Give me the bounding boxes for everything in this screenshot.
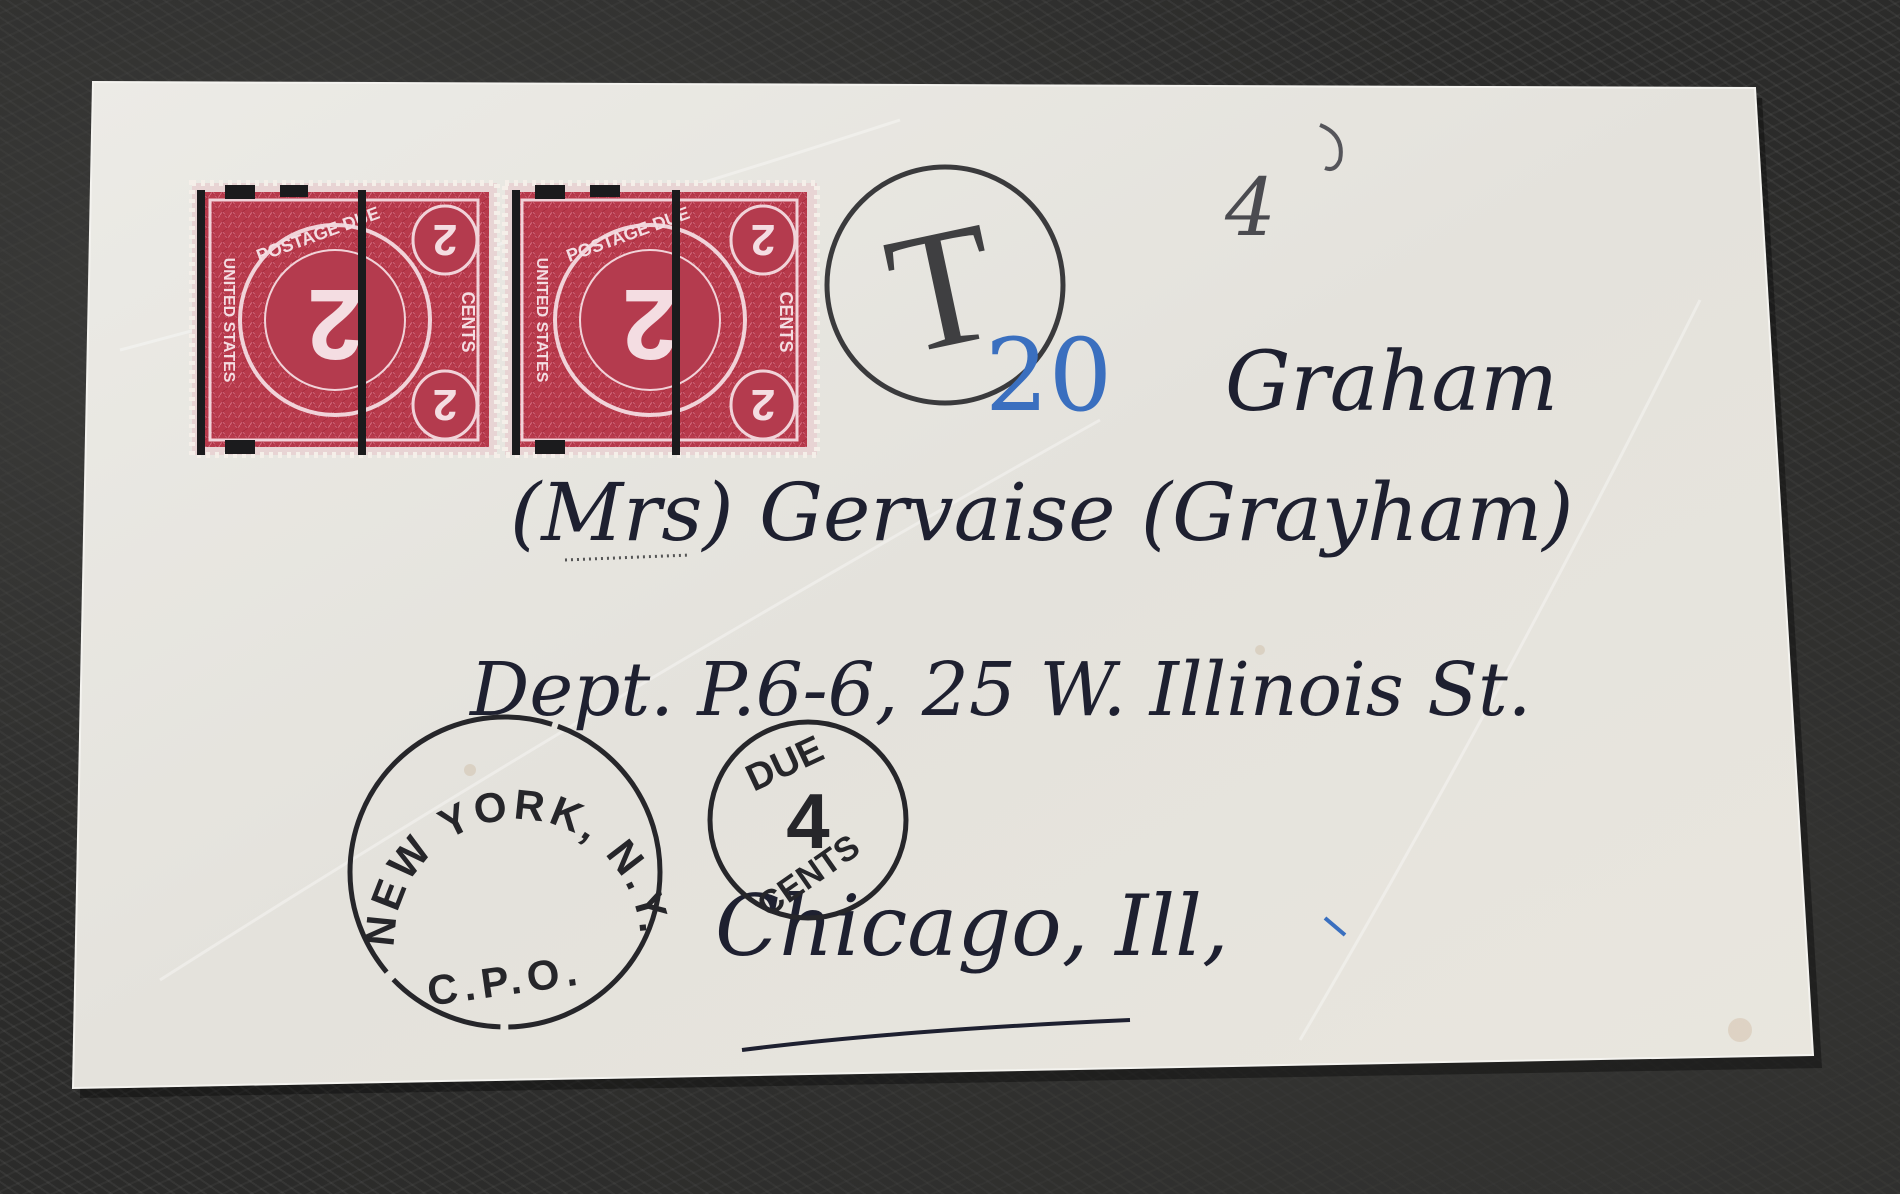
svg-text:2: 2 [433, 215, 457, 264]
address-line-1: Graham [1225, 335, 1558, 430]
cover-scene: 2 2 2 UNITED STATES CENTS POSTAGE DUE [0, 0, 1900, 1194]
address-line-2: (Mrs) Gervaise (Grayham) [510, 466, 1573, 559]
svg-text:CENTS: CENTS [458, 291, 478, 352]
blue-pencil-amount: 20 [985, 317, 1112, 434]
svg-text:UNITED STATES: UNITED STATES [533, 258, 550, 383]
svg-text:CENTS: CENTS [776, 291, 796, 352]
svg-text:2: 2 [751, 215, 775, 264]
svg-text:2: 2 [622, 268, 678, 380]
postage-due-stamp-1: 2 2 2 UNITED STATES CENTS POSTAGE DUE [192, 183, 497, 455]
svg-text:2: 2 [307, 268, 363, 380]
pencil-rate-mark: 4 [1224, 161, 1276, 254]
postage-due-stamp-2: 2 2 2 UNITED STATES CENTS POSTAGE DUE [505, 183, 817, 455]
svg-text:2: 2 [433, 380, 457, 429]
envelope-svg: 2 2 2 UNITED STATES CENTS POSTAGE DUE [0, 0, 1900, 1194]
address-line-3: Dept. P.6-6, 25 W. Illinois St. [468, 647, 1531, 733]
svg-text:2: 2 [751, 380, 775, 429]
svg-text:UNITED STATES: UNITED STATES [220, 258, 237, 383]
